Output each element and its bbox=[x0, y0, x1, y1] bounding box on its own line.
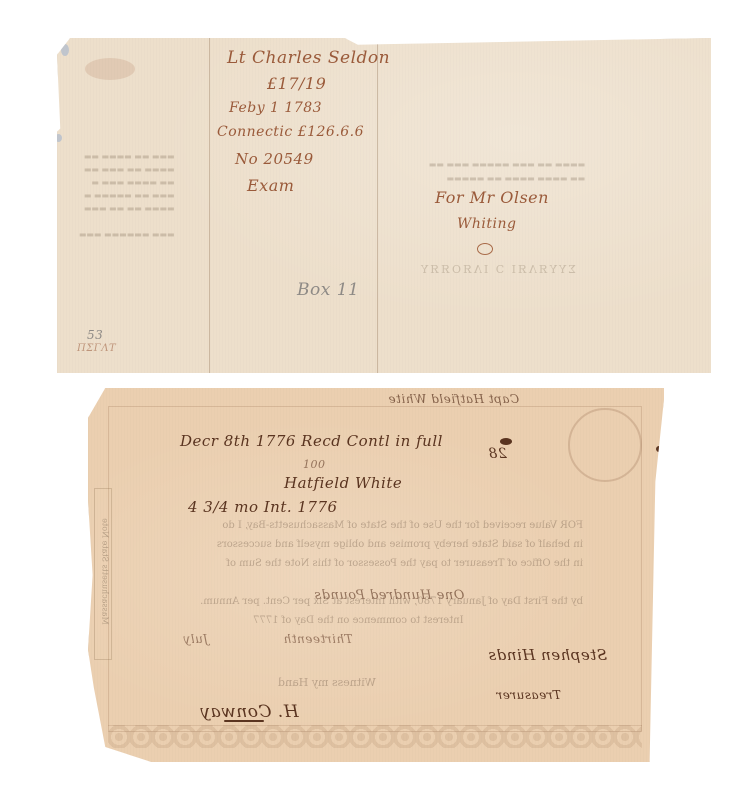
pencil-number: 53 bbox=[87, 328, 103, 342]
top-document-reverse: ▬▬▬ ▬▬ ▬▬▬▬ ▬▬▬▬▬▬ ▬▬ ▬▬▬ ▬▬▬▬ ▬▬▬▬ ▬▬▬ … bbox=[57, 38, 711, 373]
bottom-document-certificate: Massachusetts State Note Capt Hatfield W… bbox=[88, 388, 664, 762]
witness-text-mirrored: Witness my Hand bbox=[278, 676, 376, 689]
endorsement-amount: £17/19 bbox=[267, 74, 326, 93]
day-written-mirrored: Thirteenth bbox=[283, 632, 353, 646]
interest-line: 4 3/4 mo Int. 1776 bbox=[188, 498, 338, 516]
receipt-date-line: Decr 8th 1776 Recd Contl in full bbox=[180, 432, 443, 450]
month-written-mirrored: July bbox=[183, 632, 208, 646]
printed-body-mirrored: FOR Value received for the Use of the St… bbox=[253, 516, 583, 630]
ink-stain bbox=[85, 58, 135, 80]
ink-blot bbox=[500, 438, 512, 445]
bleed-through-print: ▬▬▬ ▬▬ ▬▬▬▬ ▬▬▬▬▬▬ ▬▬ ▬▬▬ ▬▬▬▬ ▬▬▬▬ ▬▬▬ … bbox=[79, 150, 175, 241]
signature-flourish bbox=[224, 720, 264, 722]
signer-right-mirrored: Stephen Hinds bbox=[488, 646, 607, 664]
payee-name: Hatfield White bbox=[284, 474, 402, 492]
bleed-through-title: ΣΥΥЯΛЯΙ Ͻ ΙΛЯΟЯЯΥ bbox=[419, 263, 576, 276]
ink-blot bbox=[656, 446, 662, 452]
ink-loop bbox=[477, 243, 493, 255]
signature: Whiting bbox=[457, 216, 516, 232]
endorsement-exam: Exam bbox=[247, 176, 294, 195]
receipt-amount: 100 bbox=[303, 458, 326, 471]
fold-line bbox=[209, 38, 210, 373]
paper-hole bbox=[55, 134, 62, 142]
endorsement-date: Feby 1 1783 bbox=[229, 100, 322, 116]
signer-left-mirrored: H. Conway bbox=[200, 702, 299, 722]
endorsement-name: Lt Charles Seldon bbox=[227, 48, 390, 68]
bleed-through-print: ▬▬▬▬ ▬▬ ▬▬▬ ▬▬▬▬▬ ▬▬▬ ▬▬▬▬ ▬▬▬▬ ▬▬▬▬ ▬▬ … bbox=[429, 158, 585, 186]
paper-hole bbox=[61, 44, 69, 56]
side-text-band: Massachusetts State Note bbox=[94, 488, 112, 660]
fold-line bbox=[377, 38, 378, 373]
sum-written-mirrored: One Hundred Pounds bbox=[314, 588, 464, 603]
endorsement-number: No 20549 bbox=[235, 150, 314, 168]
stamp-smudge: ΠΣΓΛΤ bbox=[77, 343, 116, 354]
certificate-number-mirrored: 28 bbox=[488, 446, 507, 462]
seal-imprint bbox=[568, 408, 642, 482]
ornamental-border bbox=[108, 725, 642, 748]
capt-note-mirrored: Capt Hatfield White bbox=[388, 392, 519, 406]
transfer-note: For Mr Olsen bbox=[435, 188, 549, 207]
endorsement-state-amount: Connectic £126.6.6 bbox=[217, 124, 364, 140]
pencil-box-note: Box 11 bbox=[297, 280, 359, 300]
signer-title-mirrored: Treasurer bbox=[496, 688, 561, 702]
